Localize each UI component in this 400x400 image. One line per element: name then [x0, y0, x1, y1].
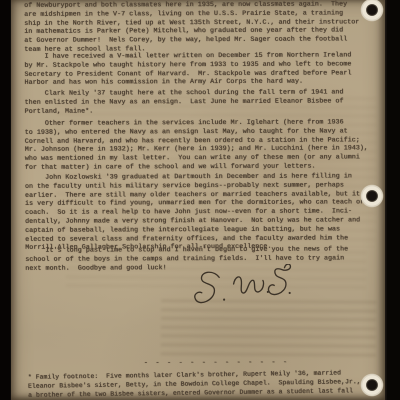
- letter-body: of Newburyport and both classmates here …: [24, 0, 376, 400]
- letter-paragraph: of Newburyport and both classmates here …: [24, 0, 359, 54]
- letter-paragraph: John Kozlowski '39 graduated at Dartmout…: [25, 172, 364, 253]
- hole-punch: [359, 183, 385, 209]
- letter-paragraph: Clark Neily '37 taught here at the schoo…: [25, 88, 344, 116]
- signature: [185, 264, 303, 316]
- dashed-divider: - - - - - - - - - - - - -: [144, 359, 289, 368]
- family-footnote: * Family footnote: Five months later Cla…: [28, 369, 361, 400]
- letter-paragraph: Other former teachers in the services in…: [25, 118, 368, 172]
- hole-punch: [359, 372, 385, 398]
- letter-paragraph: I have received a V-mail letter written …: [24, 51, 351, 88]
